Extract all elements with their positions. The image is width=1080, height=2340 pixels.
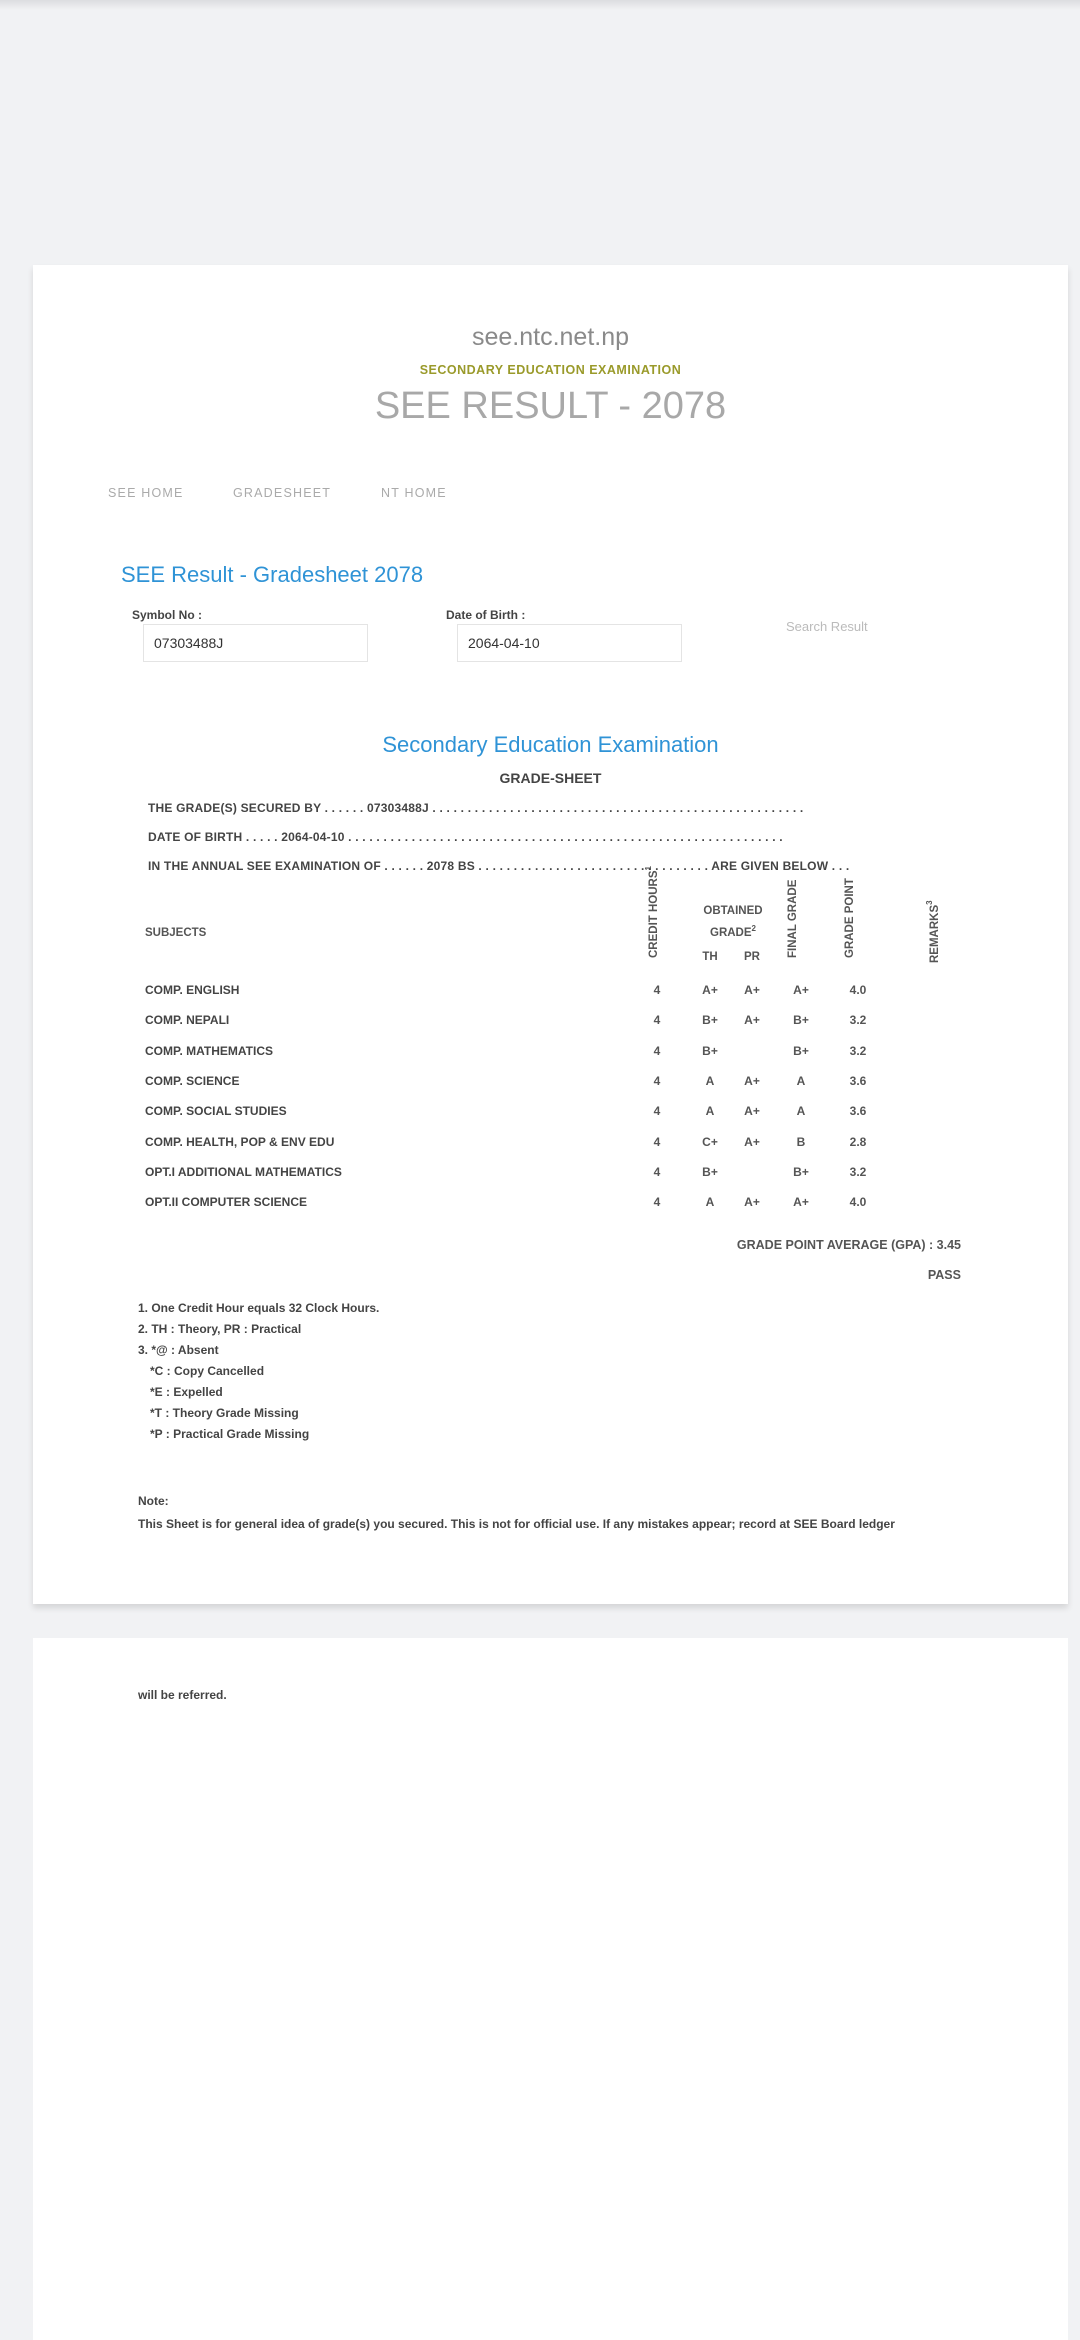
- cell-pr: A+: [732, 1074, 772, 1088]
- site-subtitle: SECONDARY EDUCATION EXAMINATION: [33, 363, 1068, 377]
- cell-th: A: [690, 1104, 730, 1118]
- col-th: TH: [700, 951, 720, 963]
- dob-label: Date of Birth :: [446, 608, 525, 622]
- nav-nt-home[interactable]: NT HOME: [381, 486, 447, 500]
- cell-grade-point: 3.2: [838, 1013, 878, 1027]
- cell-grade-point: 3.2: [838, 1044, 878, 1058]
- cell-subject: COMP. SCIENCE: [145, 1074, 239, 1088]
- cell-credit: 4: [637, 1104, 677, 1118]
- continuation-card: will be referred.: [33, 1638, 1068, 2340]
- secured-by-line: THE GRADE(S) SECURED BY . . . . . . 0730…: [148, 801, 803, 815]
- cell-th: B+: [690, 1013, 730, 1027]
- cell-pr: A+: [732, 1195, 772, 1209]
- cell-final: A: [781, 1074, 821, 1088]
- col-obtained-grade: OBTAINED GRADE2: [688, 903, 778, 942]
- nav-gradesheet[interactable]: GRADESHEET: [233, 486, 331, 500]
- cell-grade-point: 3.2: [838, 1165, 878, 1179]
- col-final-grade: FINAL GRADE: [786, 908, 816, 958]
- cell-credit: 4: [637, 983, 677, 997]
- nav-see-home[interactable]: SEE HOME: [108, 486, 184, 500]
- cell-th: C+: [690, 1135, 730, 1149]
- footnote-2: 2. TH : Theory, PR : Practical: [138, 1322, 301, 1336]
- cell-final: B+: [781, 1165, 821, 1179]
- cell-credit: 4: [637, 1165, 677, 1179]
- gradesheet-title: GRADE-SHEET: [33, 770, 1068, 786]
- search-result-button[interactable]: Search Result: [786, 619, 868, 634]
- gradesheet-heading: Secondary Education Examination: [33, 732, 1068, 758]
- cell-th: A: [690, 1195, 730, 1209]
- footnote-expelled: *E : Expelled: [150, 1385, 223, 1399]
- cell-pr: A+: [732, 1135, 772, 1149]
- footnote-practical-missing: *P : Practical Grade Missing: [150, 1427, 309, 1441]
- cell-final: A+: [781, 983, 821, 997]
- cell-pr: A+: [732, 983, 772, 997]
- result-status: PASS: [928, 1268, 961, 1282]
- symbol-label: Symbol No :: [132, 608, 202, 622]
- cell-pr: A+: [732, 1013, 772, 1027]
- symbol-input[interactable]: [143, 624, 368, 662]
- top-shadow: [0, 0, 1080, 10]
- cell-subject: COMP. ENGLISH: [145, 983, 239, 997]
- cell-subject: OPT.I ADDITIONAL MATHEMATICS: [145, 1165, 342, 1179]
- footnote-copy-cancelled: *C : Copy Cancelled: [150, 1364, 264, 1378]
- cell-credit: 4: [637, 1044, 677, 1058]
- cell-grade-point: 3.6: [838, 1104, 878, 1118]
- site-name: see.ntc.net.np: [33, 323, 1068, 352]
- col-grade-point: GRADE POINT: [843, 908, 873, 958]
- cell-final: B: [781, 1135, 821, 1149]
- dob-input[interactable]: [457, 624, 682, 662]
- gpa: GRADE POINT AVERAGE (GPA) : 3.45: [737, 1238, 961, 1252]
- note-text: This Sheet is for general idea of grade(…: [138, 1517, 895, 1531]
- exam-line: IN THE ANNUAL SEE EXAMINATION OF . . . .…: [148, 859, 849, 873]
- cell-subject: OPT.II COMPUTER SCIENCE: [145, 1195, 307, 1209]
- cell-grade-point: 4.0: [838, 1195, 878, 1209]
- cell-pr: A+: [732, 1104, 772, 1118]
- page-title: SEE RESULT - 2078: [33, 385, 1068, 428]
- cell-final: A+: [781, 1195, 821, 1209]
- form-heading: SEE Result - Gradesheet 2078: [121, 562, 423, 588]
- cell-th: B+: [690, 1165, 730, 1179]
- cell-th: B+: [690, 1044, 730, 1058]
- cell-grade-point: 2.8: [838, 1135, 878, 1149]
- note-continuation: will be referred.: [138, 1688, 227, 1702]
- col-remarks: REMARKS3: [923, 899, 939, 965]
- footnote-3: 3. *@ : Absent: [138, 1343, 219, 1357]
- cell-credit: 4: [637, 1013, 677, 1027]
- result-card: see.ntc.net.np SECONDARY EDUCATION EXAMI…: [33, 265, 1068, 1604]
- cell-credit: 4: [637, 1135, 677, 1149]
- cell-grade-point: 3.6: [838, 1074, 878, 1088]
- cell-final: B+: [781, 1013, 821, 1027]
- note-label: Note:: [138, 1494, 169, 1508]
- cell-subject: COMP. HEALTH, POP & ENV EDU: [145, 1135, 334, 1149]
- cell-final: A: [781, 1104, 821, 1118]
- col-credit-hours: CREDIT HOURS1: [642, 908, 672, 958]
- cell-final: B+: [781, 1044, 821, 1058]
- col-pr: PR: [742, 951, 762, 963]
- footnote-theory-missing: *T : Theory Grade Missing: [150, 1406, 299, 1420]
- cell-subject: COMP. MATHEMATICS: [145, 1044, 273, 1058]
- cell-th: A+: [690, 983, 730, 997]
- footnote-1: 1. One Credit Hour equals 32 Clock Hours…: [138, 1301, 379, 1315]
- cell-subject: COMP. SOCIAL STUDIES: [145, 1104, 287, 1118]
- col-subjects: SUBJECTS: [145, 927, 206, 939]
- cell-subject: COMP. NEPALI: [145, 1013, 229, 1027]
- dob-line: DATE OF BIRTH . . . . . 2064-04-10 . . .…: [148, 830, 783, 844]
- cell-grade-point: 4.0: [838, 983, 878, 997]
- cell-credit: 4: [637, 1195, 677, 1209]
- cell-th: A: [690, 1074, 730, 1088]
- cell-credit: 4: [637, 1074, 677, 1088]
